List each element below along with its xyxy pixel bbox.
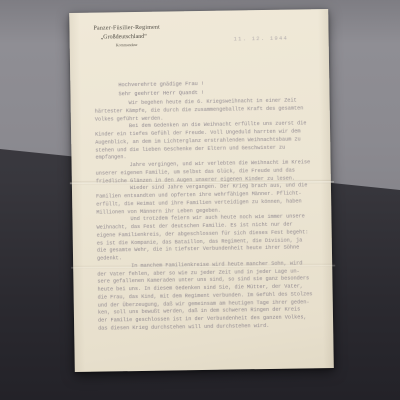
salutation-block: Hochverehrte gnädige Frau !Sehr geehrter… xyxy=(118,80,204,99)
salutation-line: Sehr geehrter Herr Quandt ! xyxy=(118,89,204,99)
date-stamp: 11. 12. 1944 xyxy=(234,36,289,43)
letterhead-rank: Kommandeur xyxy=(116,42,161,48)
letter-document: Panzer-Füsilier-Regiment „Großdeutschlan… xyxy=(69,9,334,372)
letterhead: Panzer-Füsilier-Regiment „Großdeutschlan… xyxy=(93,25,160,48)
letterhead-unit-name: „Großdeutschland“ xyxy=(101,33,161,40)
letter-body: Wir begehen heute die 6. Kriegsweihnacht… xyxy=(95,97,319,333)
photo-scene: Panzer-Füsilier-Regiment „Großdeutschlan… xyxy=(0,0,400,400)
letterhead-regiment: Panzer-Füsilier-Regiment xyxy=(93,25,160,32)
